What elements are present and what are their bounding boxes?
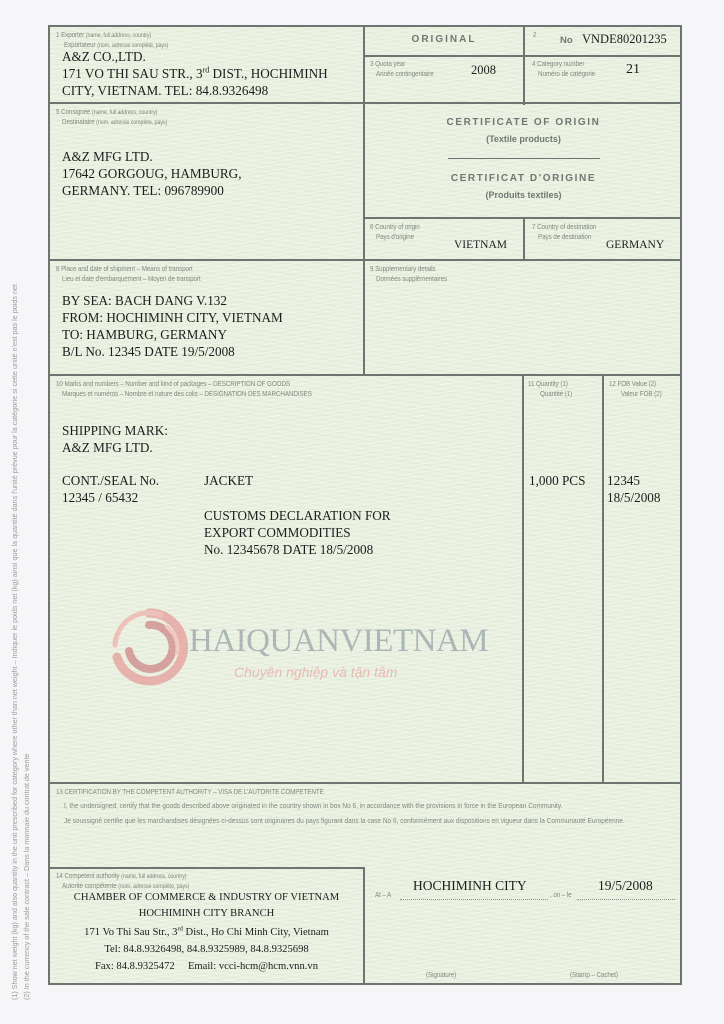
cont-seal-label: CONT./SEAL No. — [62, 473, 159, 489]
watermark-brand: HAIQUANVIETNAM — [189, 623, 488, 660]
divider — [50, 102, 365, 104]
place-label: At – A — [375, 890, 391, 900]
fob-value: 12345 — [607, 473, 640, 489]
exporter-label-hint: (name, full address, country) — [86, 32, 151, 39]
customs-declaration-line: EXPORT COMMODITIES — [204, 525, 351, 541]
divider — [523, 27, 525, 105]
quantity-label-fr: Quantité (1) — [540, 389, 572, 399]
quota-year-label-fr: Année contingentaire — [376, 69, 434, 79]
quantity-label: 11 Quantity (1) — [528, 379, 568, 389]
authority-name: CHAMBER OF COMMERCE & INDUSTRY OF VIETNA… — [50, 889, 363, 906]
cont-seal-value: 12345 / 65432 — [62, 490, 138, 506]
authority-address: 171 Vo Thi Sau Str., 3rd Dist., Ho Chi M… — [50, 924, 363, 941]
customs-declaration-line: CUSTOMS DECLARATION FOR — [204, 508, 391, 524]
consignee-country-tel: GERMANY. TEL: 096789900 — [62, 183, 224, 199]
swirl-logo-icon — [107, 605, 191, 689]
authority-phone: Tel: 84.8.9326498, 84.8.9325989, 84.8.93… — [50, 941, 363, 958]
shipping-mark-title: SHIPPING MARK: — [62, 423, 168, 439]
certificate-subtitle-en: (Textile products) — [365, 134, 682, 144]
goods-label: 10 Marks and numbers – Number and kind o… — [56, 379, 290, 389]
stamp-label: (Stamp – Cachet) — [570, 970, 618, 980]
category-number-label-fr: Numéro de catégorie — [538, 69, 595, 79]
category-number-label: 4 Category number — [532, 59, 584, 69]
country-destination-value: GERMANY — [606, 237, 664, 253]
authority-branch: HOCHIMINH CITY BRANCH — [50, 905, 363, 922]
certificate-title-en: CERTIFICATE OF ORIGIN — [365, 117, 682, 128]
divider — [523, 217, 525, 261]
certification-text-fr: Je soussigné certifie que les marchandis… — [64, 813, 684, 828]
consignee-label-fr: Destinataire — [62, 117, 95, 126]
customs-declaration-line: No. 12345678 DATE 18/5/2008 — [204, 542, 373, 558]
box2-label: 2 — [533, 30, 536, 40]
certificate-title-fr: CERTIFICAT D'ORIGINE — [365, 173, 682, 184]
fob-label-fr: Valeur FOB (2) — [621, 389, 662, 399]
certificate-subtitle-fr: (Produits textiles) — [365, 190, 682, 200]
country-origin-value: VIETNAM — [454, 237, 507, 253]
divider — [522, 374, 524, 783]
fob-label: 12 FOB Value (2) — [609, 379, 656, 389]
original-heading: ORIGINAL — [365, 34, 523, 45]
divider — [50, 374, 682, 376]
certification-text: I, the undersigned, certify that the goo… — [64, 798, 684, 828]
shipment-label-fr: Lieu et date d'embarquement – Moyen de t… — [62, 274, 201, 284]
authority-fax-email: Fax: 84.8.9325472 Email: vcci-hcm@hcm.vn… — [50, 958, 363, 975]
quota-year-value: 2008 — [471, 62, 496, 78]
shipment-line: TO: HAMBURG, GERMANY — [62, 327, 227, 343]
date-dotted-line — [577, 899, 675, 900]
quota-year-label: 3 Quota year — [370, 59, 405, 69]
category-number-value: 21 — [626, 62, 640, 78]
country-destination-label-fr: Pays de destination — [538, 232, 591, 242]
exporter-label-fr-hint: (nom, adresse complète, pays) — [97, 42, 168, 49]
watermark-tagline: Chuyên nghiệp và tận tâm — [234, 664, 397, 680]
shipment-line: FROM: HOCHIMINH CITY, VIETNAM — [62, 310, 283, 326]
fob-date: 18/5/2008 — [607, 490, 660, 506]
consignee-name: A&Z MFG LTD. — [62, 149, 153, 165]
footnote-1: (1) Show net weight (kg) and also quanti… — [10, 284, 19, 1000]
date-value: 19/5/2008 — [598, 878, 653, 894]
signature-label: (Signature) — [426, 970, 456, 980]
goods-label-fr: Marques et numéros – Nombre et nature de… — [62, 389, 312, 399]
divider — [50, 782, 682, 784]
exporter-label: 1 Exporter — [56, 30, 84, 39]
divider — [50, 259, 682, 261]
certificate-number: VNDE80201235 — [582, 31, 667, 47]
shipment-label: 8 Place and date of shipment – Means of … — [56, 264, 193, 274]
country-origin-label: 6 Country of origin — [370, 222, 420, 232]
authority-label: 14 Competent authority — [56, 871, 119, 880]
certification-label: 13 CERTIFICATION BY THE COMPETENT AUTHOR… — [56, 787, 324, 797]
certification-text-en: I, the undersigned, certify that the goo… — [64, 798, 684, 813]
supplementary-label-fr: Données supplémentaires — [376, 274, 447, 284]
country-destination-label: 7 Country of destination — [532, 222, 596, 232]
consignee-label: 5 Consignee — [56, 107, 90, 116]
place-value: HOCHIMINH CITY — [413, 878, 527, 894]
exporter-city-tel: CITY, VIETNAM. TEL: 84.8.9326498 — [62, 83, 268, 99]
country-origin-label-fr: Pays d'origine — [376, 232, 414, 242]
shipment-line: BY SEA: BACH DANG V.132 — [62, 293, 227, 309]
shipment-line: B/L No. 12345 DATE 19/5/2008 — [62, 344, 235, 360]
place-dotted-line — [400, 899, 548, 900]
title-separator — [448, 158, 600, 159]
exporter-label-fr: Exportateur — [64, 40, 96, 49]
goods-name: JACKET — [204, 473, 253, 489]
certificate-form: 1 Exporter (name, full address, country)… — [48, 25, 682, 985]
quantity-value: 1,000 PCS — [529, 473, 585, 489]
exporter-name: A&Z CO.,LTD. — [62, 49, 146, 65]
supplementary-label: 9 Supplementary details — [370, 264, 435, 274]
shipping-mark-value: A&Z MFG LTD. — [62, 440, 153, 456]
consignee-address: 17642 GORGOUG, HAMBURG, — [62, 166, 242, 182]
number-label: No — [560, 35, 573, 46]
footnote-2: (2) In the currency of the sale contract… — [22, 753, 31, 1000]
date-label: , on – le — [550, 890, 572, 900]
divider — [602, 374, 604, 783]
exporter-address-line: 171 VO THI SAU STR., 3rd DIST., HOCHIMIN… — [62, 66, 328, 82]
divider — [363, 55, 682, 57]
